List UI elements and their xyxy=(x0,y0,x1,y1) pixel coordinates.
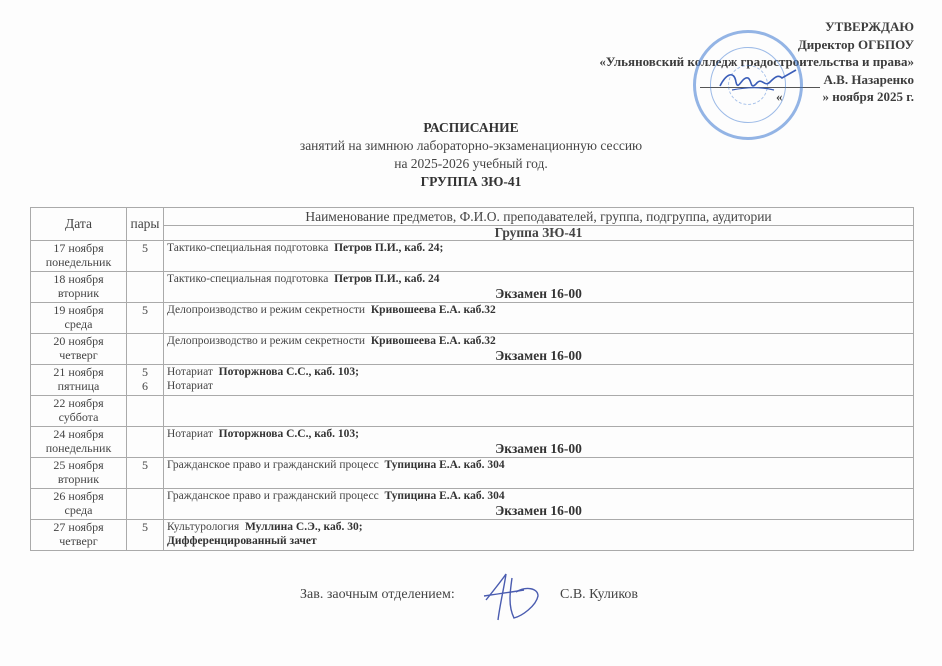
row-content-cell xyxy=(164,396,914,427)
row-exam: Экзамен 16-00 xyxy=(167,503,910,519)
row-subject: Нотариат xyxy=(167,428,213,440)
row-date: 25 ноября xyxy=(34,458,123,472)
row-teacher: Поторжнова С.С., каб. 103; xyxy=(219,366,359,378)
row-teacher: Поторжнова С.С., каб. 103; xyxy=(219,428,359,440)
row-lesson: Делопроизводство и режим секретности Кри… xyxy=(167,303,910,317)
table-row: 22 ноябрясуббота xyxy=(31,396,914,427)
table-row: 17 ноябряпонедельник5Тактико-специальная… xyxy=(31,241,914,272)
row-teacher: Тупицина Е.А. каб. 304 xyxy=(384,490,504,502)
row-content-cell: Тактико-специальная подготовка Петров П.… xyxy=(164,241,914,272)
row-pairs-cell: 5 xyxy=(127,303,164,334)
row-pairs-cell xyxy=(127,334,164,365)
header-content: Наименование предметов, Ф.И.О. преподава… xyxy=(164,208,914,226)
header-date: Дата xyxy=(31,208,127,241)
row-day: четверг xyxy=(34,534,123,548)
row-date: 24 ноября xyxy=(34,427,123,441)
approval-signatory: А.В. Назаренко xyxy=(824,72,914,87)
footer-name: С.В. Куликов xyxy=(560,587,638,603)
row-day: четверг xyxy=(34,348,123,362)
row-date-cell: 21 ноябряпятница xyxy=(31,365,127,396)
row-pairs-cell xyxy=(127,396,164,427)
row-subject: Тактико-специальная подготовка xyxy=(167,273,328,285)
group-row: Группа ЗЮ-41 xyxy=(31,226,914,241)
row-date-cell: 24 ноябряпонедельник xyxy=(31,427,127,458)
row-date-cell: 17 ноябряпонедельник xyxy=(31,241,127,272)
row-date-cell: 19 ноябрясреда xyxy=(31,303,127,334)
row-date: 26 ноября xyxy=(34,489,123,503)
row-content-cell: Делопроизводство и режим секретности Кри… xyxy=(164,334,914,365)
row-lesson: Тактико-специальная подготовка Петров П.… xyxy=(167,272,910,286)
row-date-cell: 20 ноябрячетверг xyxy=(31,334,127,365)
row-pairs-cell: 5 xyxy=(127,458,164,489)
row-pairs: 5 xyxy=(130,365,160,379)
row-lesson: Делопроизводство и режим секретности Кри… xyxy=(167,334,910,348)
row-subject: Делопроизводство и режим секретности xyxy=(167,304,365,316)
row-pairs-cell xyxy=(127,489,164,520)
row-teacher: Муллина С.Э., каб. 30; xyxy=(245,521,363,533)
row-teacher: Петров П.И., каб. 24; xyxy=(334,242,443,254)
row-date-cell: 27 ноябрячетверг xyxy=(31,520,127,551)
row-content-cell: Нотариат Поторжнова С.С., каб. 103;Экзам… xyxy=(164,427,914,458)
row-date: 19 ноября xyxy=(34,303,123,317)
row-day: среда xyxy=(34,503,123,517)
row-lesson: Нотариат Поторжнова С.С., каб. 103; xyxy=(167,427,910,441)
document-subtitle-1: занятий на зимнюю лабораторно-экзаменаци… xyxy=(0,137,942,155)
row-pairs-cell xyxy=(127,272,164,303)
document-title-block: РАСПИСАНИЕ занятий на зимнюю лабораторно… xyxy=(0,119,942,191)
row-day: среда xyxy=(34,317,123,331)
table-row: 18 ноябрявторникТактико-специальная подг… xyxy=(31,272,914,303)
row-lesson: Гражданское право и гражданский процесс … xyxy=(167,458,910,472)
row-day: понедельник xyxy=(34,441,123,455)
table-row: 27 ноябрячетверг5Культурология Муллина С… xyxy=(31,520,914,551)
row-content-cell: Тактико-специальная подготовка Петров П.… xyxy=(164,272,914,303)
row-content-cell: Гражданское право и гражданский процесс … xyxy=(164,489,914,520)
row-date: 18 ноября xyxy=(34,272,123,286)
row-exam: Экзамен 16-00 xyxy=(167,441,910,457)
table-row: 25 ноябрявторник5Гражданское право и гра… xyxy=(31,458,914,489)
row-pairs: 5 xyxy=(130,520,160,534)
row-pairs: 5 xyxy=(130,241,160,255)
row-lesson: Гражданское право и гражданский процесс … xyxy=(167,489,910,503)
group-label: Группа ЗЮ-41 xyxy=(164,226,914,241)
document-title: РАСПИСАНИЕ xyxy=(0,119,942,137)
table-row: 26 ноябрясредаГражданское право и гражда… xyxy=(31,489,914,520)
row-content-cell: Делопроизводство и режим секретности Кри… xyxy=(164,303,914,334)
row-subject-2: Нотариат xyxy=(167,379,910,393)
row-date: 17 ноября xyxy=(34,241,123,255)
row-teacher: Петров П.И., каб. 24 xyxy=(334,273,439,285)
table-row: 24 ноябряпонедельникНотариат Поторжнова … xyxy=(31,427,914,458)
row-date: 27 ноября xyxy=(34,520,123,534)
row-lesson: Нотариат Поторжнова С.С., каб. 103; xyxy=(167,365,910,379)
row-date-cell: 26 ноябрясреда xyxy=(31,489,127,520)
row-pairs-cell xyxy=(127,427,164,458)
document-group: ГРУППА ЗЮ-41 xyxy=(0,173,942,191)
row-date-cell: 25 ноябрявторник xyxy=(31,458,127,489)
row-subject: Тактико-специальная подготовка xyxy=(167,242,328,254)
head-signature-icon xyxy=(478,570,548,625)
row-subject: Делопроизводство и режим секретности xyxy=(167,335,365,347)
row-content-cell: Гражданское право и гражданский процесс … xyxy=(164,458,914,489)
table-row: 21 ноябряпятница56Нотариат Поторжнова С.… xyxy=(31,365,914,396)
row-teacher: Кривошеева Е.А. каб.32 xyxy=(371,335,496,347)
row-exam: Экзамен 16-00 xyxy=(167,286,910,302)
schedule-body: 17 ноябряпонедельник5Тактико-специальная… xyxy=(31,241,914,551)
row-pairs-cell: 5 xyxy=(127,520,164,551)
row-content-cell: Нотариат Поторжнова С.С., каб. 103;Нотар… xyxy=(164,365,914,396)
row-date-cell: 18 ноябрявторник xyxy=(31,272,127,303)
table-row: 19 ноябрясреда5Делопроизводство и режим … xyxy=(31,303,914,334)
row-lesson: Тактико-специальная подготовка Петров П.… xyxy=(167,241,910,255)
row-pairs-2: 6 xyxy=(130,379,160,393)
row-pairs: 5 xyxy=(130,303,160,317)
row-pairs-cell: 56 xyxy=(127,365,164,396)
row-teacher: Кривошеева Е.А. каб.32 xyxy=(371,304,496,316)
header-pairs: пары xyxy=(127,208,164,241)
row-subject: Нотариат xyxy=(167,366,213,378)
row-teacher: Тупицина Е.А. каб. 304 xyxy=(384,459,504,471)
table-row: 20 ноябрячетвергДелопроизводство и режим… xyxy=(31,334,914,365)
row-day: пятница xyxy=(34,379,123,393)
row-lesson: Культурология Муллина С.Э., каб. 30; xyxy=(167,520,910,534)
row-subject: Гражданское право и гражданский процесс xyxy=(167,490,379,502)
row-day: вторник xyxy=(34,286,123,300)
director-signature-icon xyxy=(712,64,802,104)
row-credit: Дифференцированный зачет xyxy=(167,534,910,548)
row-day: вторник xyxy=(34,472,123,486)
row-date-cell: 22 ноябрясуббота xyxy=(31,396,127,427)
row-subject: Гражданское право и гражданский процесс xyxy=(167,459,379,471)
row-content-cell: Культурология Муллина С.Э., каб. 30;Дифф… xyxy=(164,520,914,551)
row-date: 22 ноября xyxy=(34,396,123,410)
row-subject: Культурология xyxy=(167,521,239,533)
document-subtitle-2: на 2025-2026 учебный год. xyxy=(0,155,942,173)
row-date: 20 ноября xyxy=(34,334,123,348)
schedule-table: Дата пары Наименование предметов, Ф.И.О.… xyxy=(30,207,914,551)
footer-label: Зав. заочным отделением: xyxy=(300,587,455,603)
row-day: суббота xyxy=(34,410,123,424)
date-rest: » ноября 2025 г. xyxy=(823,89,914,104)
row-date: 21 ноября xyxy=(34,365,123,379)
row-lesson xyxy=(167,396,910,410)
row-pairs: 5 xyxy=(130,458,160,472)
row-exam: Экзамен 16-00 xyxy=(167,348,910,364)
row-day: понедельник xyxy=(34,255,123,269)
row-pairs-cell: 5 xyxy=(127,241,164,272)
table-header-row: Дата пары Наименование предметов, Ф.И.О.… xyxy=(31,208,914,226)
